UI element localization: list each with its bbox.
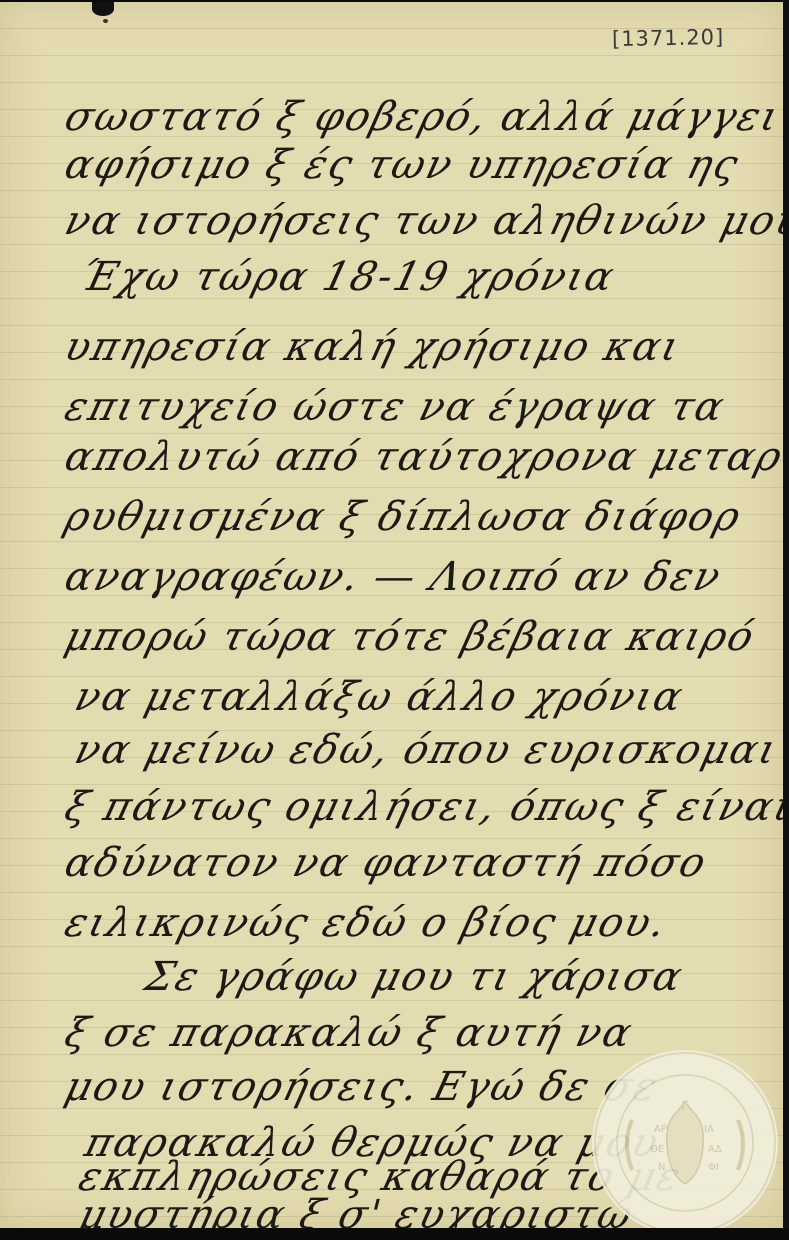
scan-border-bottom <box>0 1228 789 1240</box>
handwritten-line: ρυθμισμένα ξ δίπλωσα διάφορ <box>60 494 746 540</box>
handwritten-line: ξ πάντως ομιλήσει, όπως ξ είναι <box>60 784 789 830</box>
handwritten-line: Έχω τώρα 18-19 χρόνια <box>76 254 620 300</box>
handwritten-body: σωστατό ξ φοβερό, αλλά μάγγει αφήσιμο ξ … <box>0 2 783 1228</box>
handwritten-line: αφήσιμο ξ ές των υπηρεσία ης <box>60 142 744 188</box>
scan-border-right <box>783 0 789 1240</box>
svg-text:Γ: Γ <box>682 1099 689 1113</box>
handwritten-line: επιτυχείο ώστε να έγραψα τα <box>60 384 730 430</box>
svg-text:ΑΡ: ΑΡ <box>654 1124 667 1135</box>
handwritten-line: μου ιστορήσεις. Εγώ δε σε <box>60 1064 663 1110</box>
handwritten-line: να μείνω εδώ, όπου ευρισκομαι <box>70 727 783 773</box>
handwritten-line: να μεταλλάξω άλλο χρόνια <box>70 674 689 720</box>
svg-text:ΦΙ: ΦΙ <box>708 1162 719 1173</box>
handwritten-line: σωστατό ξ φοβερό, αλλά μάγγει <box>60 94 785 140</box>
handwritten-line: Σε γράφω μου τι χάρισα <box>140 954 688 1000</box>
handwritten-line: ειλικρινώς εδώ ο βίος μου. <box>60 900 672 946</box>
letter-page: [1371.20] σωστατό ξ φοβερό, αλλά μάγγει … <box>0 2 783 1228</box>
handwritten-line: να ιστορήσεις των αληθινών μου. <box>60 198 789 244</box>
svg-text:ΘΕ: ΘΕ <box>650 1144 664 1155</box>
embossed-seal: Γ ΑΡ ΙΑ ΘΕ ΑΔ Ν ΦΙ <box>592 1050 778 1236</box>
svg-text:ΙΑ: ΙΑ <box>704 1124 714 1135</box>
svg-text:ΑΔ: ΑΔ <box>708 1144 722 1155</box>
svg-text:Ν: Ν <box>658 1162 665 1173</box>
handwritten-line: υπηρεσία καλή χρήσιμο και <box>60 324 685 370</box>
handwritten-line: ξ σε παρακαλώ ξ αυτή να <box>60 1010 638 1056</box>
handwritten-line: μπορώ τώρα τότε βέβαια καιρό <box>60 614 760 660</box>
handwritten-line: απολυτώ από ταύτοχρονα μεταρ- <box>60 434 789 480</box>
handwritten-line: αδύνατον να φανταστή πόσο <box>60 840 712 886</box>
seal-emblem-icon: Γ ΑΡ ΙΑ ΘΕ ΑΔ Ν ΦΙ <box>592 1050 778 1236</box>
handwritten-line: αναγραφέων. — Λοιπό αν δεν <box>60 554 726 600</box>
